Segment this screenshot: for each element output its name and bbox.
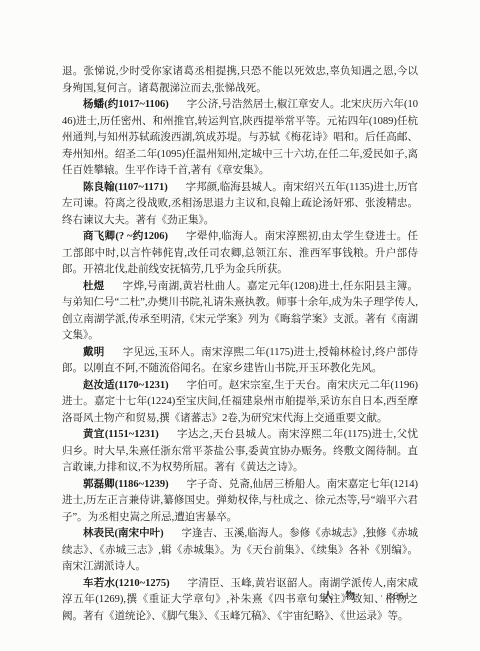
entry-name: 杨蟠: [83, 99, 104, 110]
entry-name: 郭磊卿: [83, 479, 115, 490]
entry-name: 陈良翰: [83, 182, 115, 193]
entry-name: 车若水: [83, 578, 115, 589]
entry-name: 杜煜: [83, 281, 105, 292]
entry-dates: (1107~1171): [115, 182, 168, 193]
entry-paragraph: 陈良翰(1107~1171)字邦颜,临海县城人。南宋绍兴五年(1135)进士,历…: [62, 180, 418, 230]
entry-paragraph: 郭磊卿(1186~1239)字子奇、兑斋,仙居三桥船人。南宋嘉定七年(1214)…: [62, 477, 418, 527]
entry-dates: (南宋中叶): [115, 528, 164, 539]
entry-paragraph: 商飞卿(? ~约1206)字翚仲,临海人。南宋淳熙初,由太学生登进士。任工部郎中…: [62, 229, 418, 279]
entry-name: 黄宜: [83, 429, 105, 440]
entry-paragraph: 戴明字见远,玉环人。南宋淳熙二年(1175)进士,授翰林检讨,终户部侍郎。以刚直…: [62, 345, 418, 378]
entry-dates: (1210~1275): [115, 578, 169, 589]
entry-name: 林表民: [83, 528, 115, 539]
entry-desc: 字公济,号浩然居士,椒江章安人。北宋庆历六年(1046)进士,历任密州、和州推官…: [62, 99, 418, 176]
entry-paragraph: 杜煜字烨,号南湖,黄岩杜曲人。嘉定元年(1208)进士,任东阳县主簿。与弟知仁号…: [62, 279, 418, 345]
entry-paragraph: 赵汝适(1170~1231)字伯可。赵宋宗室,生于天台。南宋庆元二年(1196)…: [62, 378, 418, 428]
entry-desc: 字烨,号南湖,黄岩杜曲人。嘉定元年(1208)进士,任东阳县主簿。与弟知仁号“二…: [62, 281, 418, 342]
text-column: 退。张悌说,少时受你家诸葛丞相提携,只恐不能以死效忠,辜负知遇之恩,今以身殉国,…: [62, 64, 418, 625]
entry-name: 戴明: [83, 347, 105, 358]
entry-dates: (1170~1231): [115, 380, 169, 391]
entry-dates: (1151~1231): [105, 429, 159, 440]
entry-desc: 字见远,玉环人。南宋淳熙二年(1175)进士,授翰林检讨,终户部侍郎。以刚直不阿…: [62, 347, 418, 375]
entry-name: 赵汝适: [83, 380, 115, 391]
entry-name: 商飞卿: [83, 231, 115, 242]
book-page: 退。张悌说,少时受你家诸葛丞相提携,只恐不能以死效忠,辜负知遇之恩,今以身殉国,…: [0, 0, 480, 651]
entry-dates: (1186~1239): [115, 479, 169, 490]
entry-dates: (约1017~1106): [104, 99, 169, 110]
continuation-paragraph: 退。张悌说,少时受你家诸葛丞相提携,只恐不能以死效忠,辜负知遇之恩,今以身殉国,…: [62, 64, 418, 97]
entry-paragraph: 黄宜(1151~1231)字达之,天台县城人。南宋淳熙二年(1175)进士,父忧…: [62, 427, 418, 477]
entry-dates: (? ~约1206): [115, 231, 168, 242]
entry-paragraph: 杨蟠(约1017~1106)字公济,号浩然居士,椒江章安人。北宋庆历六年(104…: [62, 97, 418, 180]
section-label: 人 物: [324, 588, 360, 602]
entry-paragraph: 林表民(南宋中叶)字逢吉、玉溪,临海人。参修《赤城志》,独修《赤城续志》、《赤城…: [62, 526, 418, 576]
page-footer: 人 物 · 1661 ·: [324, 588, 418, 602]
page-number: · 1661 ·: [380, 592, 418, 602]
